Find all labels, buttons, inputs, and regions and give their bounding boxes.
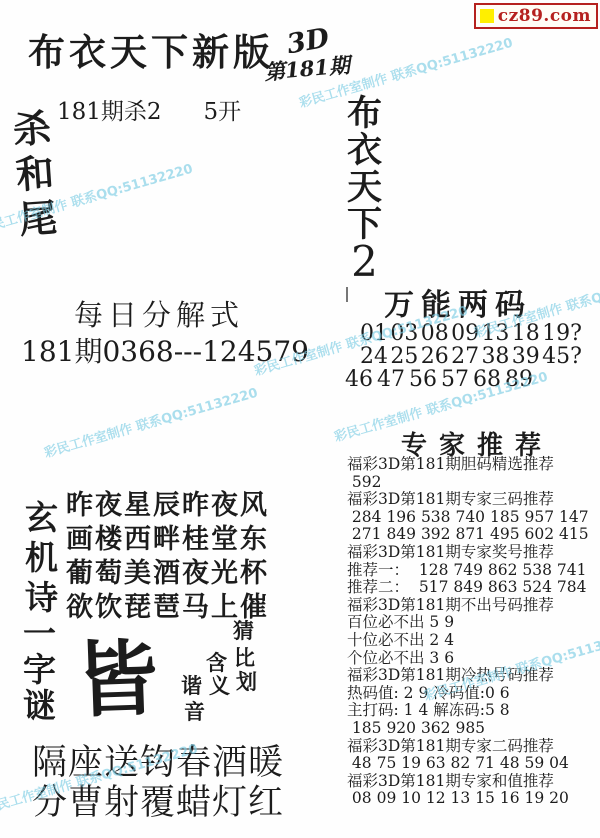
riddle-hint-guess: 猜 xyxy=(233,615,254,645)
poem-line: 葡萄美酒夜光杯 xyxy=(66,557,269,591)
two-codes-cell: 09 xyxy=(451,322,479,345)
yellow-square-icon xyxy=(480,9,494,23)
expert-line: 百位必不出 5 9 xyxy=(347,614,599,632)
expert-line: 福彩3D第181期胆码精选推荐 xyxy=(347,456,599,474)
poem-line: 画楼西畔桂堂东 xyxy=(66,523,269,557)
brand-char: 天 xyxy=(347,169,382,206)
expert-line: 185 920 362 985 xyxy=(347,720,599,738)
daily-decomposition-title: 每日分解式 xyxy=(74,293,244,334)
kill-note-line: 181期杀25开 xyxy=(57,93,241,126)
two-codes-cell: 45? xyxy=(542,345,582,368)
two-codes-cell: 47 xyxy=(377,368,405,391)
expert-line: 福彩3D第181期专家三码推荐 xyxy=(347,491,599,509)
column-divider-tick xyxy=(346,287,348,302)
mystery-poem: 昨夜星辰昨夜风画楼西畔桂堂东葡萄美酒夜光杯欲饮琵琶马上催 xyxy=(66,489,269,625)
page-title: 布衣天下新版 xyxy=(28,22,274,76)
expert-line: 08 09 10 12 13 15 16 19 20 xyxy=(347,790,599,808)
kill-tail-char: 尾 xyxy=(18,195,59,243)
two-codes-cell: 26 xyxy=(421,345,449,368)
two-codes-cell: 13 xyxy=(481,322,509,345)
riddle-label-char: 一 xyxy=(23,616,56,652)
two-codes-cell: 03 xyxy=(390,322,418,345)
two-codes-cell: 01 xyxy=(360,322,388,345)
two-codes-cell: 38 xyxy=(481,345,509,368)
two-codes-row-3: 464756576889 xyxy=(345,368,533,391)
brand-char: 衣 xyxy=(347,132,382,169)
brand-char: 布 xyxy=(347,95,382,132)
expert-line: 个位必不出 3 6 xyxy=(347,650,599,668)
poem-label-char: 机 xyxy=(25,538,58,578)
riddle-hint-homophone-2: 音 xyxy=(184,696,205,726)
two-codes-cell: 25 xyxy=(390,345,418,368)
couplet-line: 隔座送钩春酒暖 xyxy=(32,743,284,783)
expert-line: 福彩3D第181期冷热号码推荐 xyxy=(347,667,599,685)
expert-line: 福彩3D第181期专家和值推荐 xyxy=(347,773,599,791)
expert-line: 48 75 19 63 82 71 48 59 04 xyxy=(347,755,599,773)
riddle-answer-char: 皆 xyxy=(74,633,159,728)
two-codes-cell: 19? xyxy=(542,322,582,345)
two-codes-row-2: 24252627383945? xyxy=(360,345,582,368)
watermark-text: 彩民工作室制作 联系QQ:51132220 xyxy=(42,382,260,461)
two-codes-cell: 24 xyxy=(360,345,388,368)
bottom-couplet: 隔座送钩春酒暖分曹射覆蜡灯红 xyxy=(32,743,284,823)
brand-vertical-label: 布衣天下2 xyxy=(347,95,382,280)
expert-line: 主打码: 1 4 解冻码:5 8 xyxy=(347,702,599,720)
two-codes-cell: 08 xyxy=(421,322,449,345)
daily-decomposition-formula: 181期0368---124579 xyxy=(21,330,309,370)
two-codes-cell: 18 xyxy=(512,322,540,345)
two-codes-cell: 68 xyxy=(473,368,501,391)
two-codes-cell: 57 xyxy=(441,368,469,391)
mystery-poem-vertical-label: 玄机诗 xyxy=(25,498,58,618)
expert-line: 推荐一： 128 749 862 538 741 xyxy=(347,562,599,580)
expert-line: 十位必不出 2 4 xyxy=(347,632,599,650)
riddle-label-char: 字 xyxy=(23,652,56,688)
two-codes-row-1: 01030809131819? xyxy=(360,322,582,345)
issue-number-label: 第181期 xyxy=(263,49,351,86)
riddle-label-char: 谜 xyxy=(23,688,56,724)
kill-note-right: 5开 xyxy=(204,99,242,125)
kill-note-left: 181期杀2 xyxy=(57,99,162,125)
expert-recommendation-list: 福彩3D第181期胆码精选推荐 592福彩3D第181期专家三码推荐 284 1… xyxy=(347,456,599,808)
expert-line: 284 196 538 740 185 957 147 xyxy=(347,509,599,527)
expert-line: 福彩3D第181期专家奖号推荐 xyxy=(347,544,599,562)
two-codes-title: 万能两码 xyxy=(384,280,532,324)
site-badge-label: cz89.com xyxy=(498,6,591,26)
two-codes-cell: 56 xyxy=(409,368,437,391)
two-codes-cell: 27 xyxy=(451,345,479,368)
expert-line: 592 xyxy=(347,474,599,492)
expert-line: 福彩3D第181期专家二码推荐 xyxy=(347,738,599,756)
expert-line: 271 849 392 871 495 602 415 xyxy=(347,526,599,544)
brand-char: 2 xyxy=(347,243,382,280)
expert-line: 推荐二： 517 849 863 524 784 xyxy=(347,579,599,597)
two-codes-cell: 46 xyxy=(345,368,373,391)
riddle-vertical-label: 一字谜 xyxy=(23,616,56,724)
expert-line: 热码值: 2 9 冷码值:0 6 xyxy=(347,685,599,703)
riddle-hint-strokes-2: 划 xyxy=(236,666,257,696)
kill-tail-vertical-label: 杀和尾 xyxy=(11,105,58,242)
couplet-line: 分曹射覆蜡灯红 xyxy=(32,783,284,823)
kill-tail-char: 杀 xyxy=(11,105,52,153)
two-codes-cell: 39 xyxy=(512,345,540,368)
poem-label-char: 玄 xyxy=(25,498,58,538)
riddle-hint-meaning-2: 义 xyxy=(209,670,230,700)
lottery-sheet-page: cz89.com 布衣天下新版 3D 第181期 181期杀25开 杀和尾 每日… xyxy=(0,0,600,838)
kill-tail-char: 和 xyxy=(14,150,55,198)
site-badge[interactable]: cz89.com xyxy=(474,3,598,29)
poem-label-char: 诗 xyxy=(25,578,58,618)
expert-line: 福彩3D第181期不出号码推荐 xyxy=(347,597,599,615)
poem-line: 昨夜星辰昨夜风 xyxy=(66,489,269,523)
two-codes-cell: 89 xyxy=(505,368,533,391)
